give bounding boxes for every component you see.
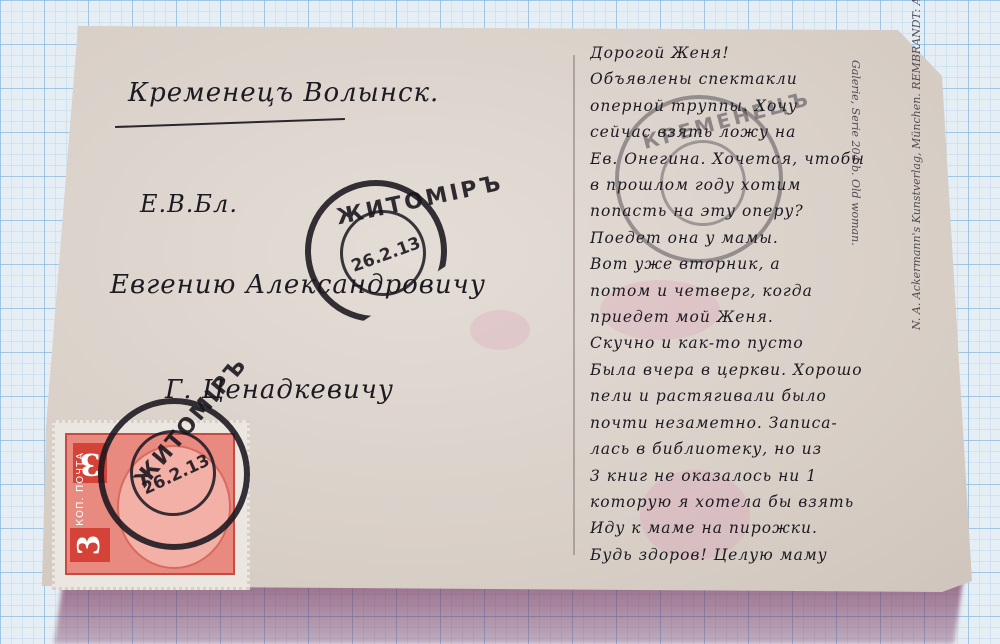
message-line: Ев. Онегина. Хочется, чтобы: [590, 146, 930, 172]
publisher-imprint-top: Galerie, Serie 204 b. Old woman.: [849, 60, 862, 580]
message-line: Вот уже вторник, а: [590, 251, 930, 277]
message-line: в прошлом году хотим: [590, 172, 930, 198]
message-line: почти незаметно. Записа-: [590, 410, 930, 436]
message-line: оперной труппы. Хочу: [590, 93, 930, 119]
message-line: Была вчера в церкви. Хорошо: [590, 357, 930, 383]
stamp-value: 3: [70, 528, 110, 562]
message-line: которую я хотела бы взять: [590, 489, 930, 515]
address-city: Кременецъ Волынск.: [128, 78, 439, 108]
message-line: приедет мой Женя.: [590, 304, 930, 330]
message-line: Скучно и как-то пусто: [590, 330, 930, 356]
address-title: Е.В.Бл.: [140, 190, 238, 218]
message-line: Объявлены спектакли: [590, 66, 930, 92]
message-line: Будь здоров! Целую маму: [590, 542, 930, 568]
message-line: пели и растягивали было: [590, 383, 930, 409]
message-line: потом и четверг, когда: [590, 278, 930, 304]
message-line: Иду к маме на пирожки.: [590, 515, 930, 541]
address-divider: [573, 55, 575, 555]
message-line: лась в библиотеку, но из: [590, 436, 930, 462]
message-line: Дорогой Женя!: [590, 40, 930, 66]
publisher-imprint-side: N. A. Ackermann's Kunstverlag, München. …: [910, 0, 923, 330]
stamp-label: КОП. ПОЧТА: [75, 452, 86, 526]
pink-stain: [470, 310, 530, 350]
message-body: Дорогой Женя! Объявлены спектакли оперно…: [590, 40, 930, 568]
message-line: Поедет она у мамы.: [590, 225, 930, 251]
message-line: сейчас взять ложу на: [590, 119, 930, 145]
message-line: 3 книг не оказалось ни 1: [590, 463, 930, 489]
message-line: попасть на эту оперу?: [590, 198, 930, 224]
